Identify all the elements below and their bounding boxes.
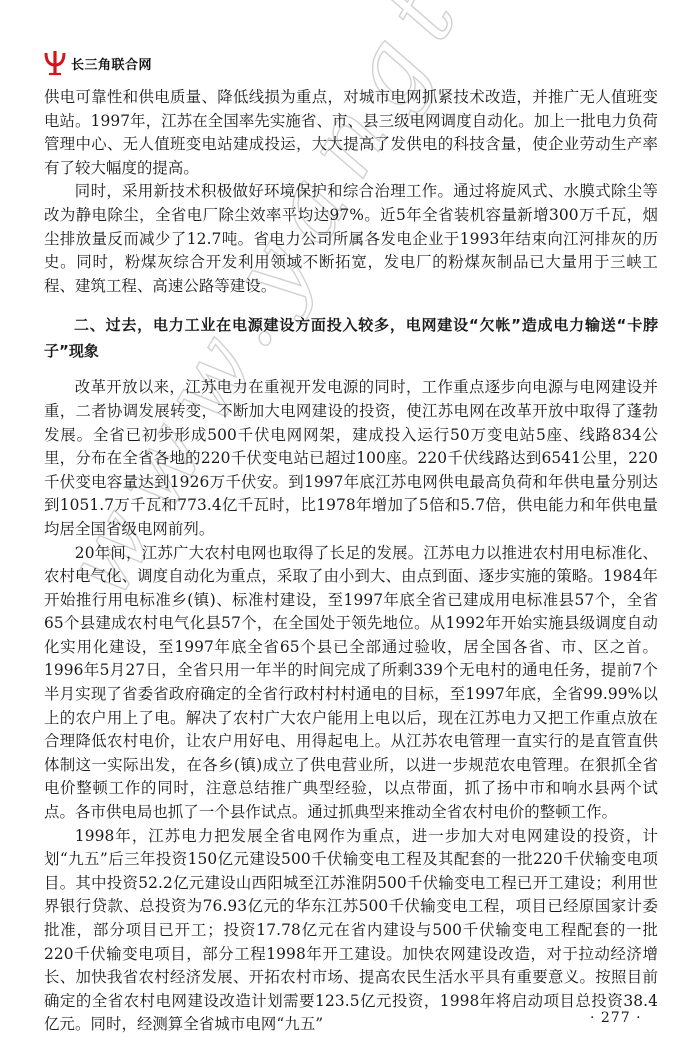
- site-header: 长三角联合网: [44, 50, 152, 76]
- paragraph-1998-investment: 1998年，江苏电力把发展全省电网作为重点，进一步加大对电网建设的投资，计划“九…: [44, 825, 658, 1037]
- paragraph-continued: 供电可靠性和供电质量、降低线损为重点，对城市电网抓紧技术改造，并推广无人值班变电…: [44, 86, 658, 180]
- paragraph-grid-development: 改革开放以来，江苏电力在重视开发电源的同时，工作重点逐步向电源与电网建设并重，二…: [44, 376, 658, 541]
- page-number: · 277 ·: [590, 1010, 642, 1026]
- site-title: 长三角联合网: [71, 54, 152, 73]
- psi-logo-icon: [44, 50, 66, 76]
- paragraph-rural-grid: 20年间，江苏广大农村电网也取得了长足的发展。江苏电力以推进农村用电标准化、农村…: [44, 542, 658, 825]
- section-heading: 二、过去，电力工业在电源建设方面投入较多，电网建设“欠帐”造成电力输送“卡脖子”…: [44, 312, 658, 364]
- paragraph-environment: 同时，采用新技术积极做好环境保护和综合治理工作。通过将旋风式、水膜式除尘等改为静…: [44, 180, 658, 298]
- document-body: 供电可靠性和供电质量、降低线损为重点，对城市电网抓紧技术改造，并推广无人值班变电…: [44, 86, 658, 1037]
